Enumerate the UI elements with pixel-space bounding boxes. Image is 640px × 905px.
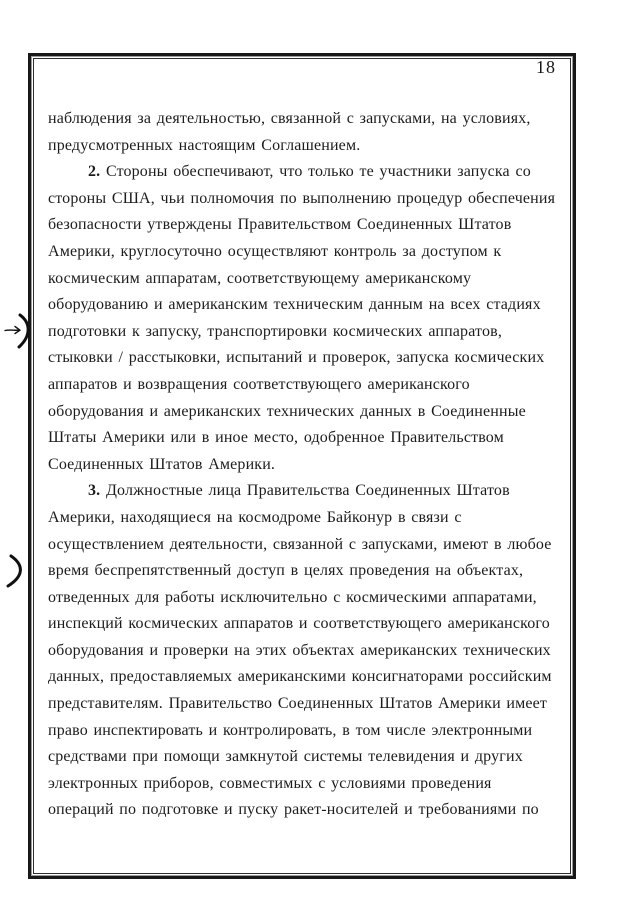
text-line: аппаратов и возвращения соответствующего…	[48, 372, 556, 399]
paragraph-number: 2.	[88, 163, 100, 180]
text-line: наблюдения за деятельностью, связанной с…	[48, 106, 556, 133]
text-line: стороны США, чьи полномочия по выполнени…	[48, 186, 556, 213]
text-line: 3. Должностные лица Правительства Соедин…	[48, 478, 556, 505]
text-line: Америки, находящиеся на космодроме Байко…	[48, 505, 556, 532]
text-line: Соединенных Штатов Америки.	[48, 452, 556, 479]
text-line: время беспрепятственный доступ в целях п…	[48, 558, 556, 585]
text-line: инспекций космических аппаратов и соотве…	[48, 611, 556, 638]
text-line: осуществлением деятельности, связанной с…	[48, 532, 556, 559]
text-line: данных, предоставляемых американскими ко…	[48, 664, 556, 691]
text-line: стыковки / расстыковки, испытаний и пров…	[48, 345, 556, 372]
text-line: отведенных для работы исключительно с ко…	[48, 585, 556, 612]
text-line: предусмотренных настоящим Соглашением.	[48, 133, 556, 160]
text-block: наблюдения за деятельностью, связанной с…	[48, 106, 556, 824]
text-line: право инспектировать и контролировать, в…	[48, 718, 556, 745]
handwritten-paren-mark	[4, 554, 32, 592]
text-line: представителям. Правительство Соединенны…	[48, 691, 556, 718]
text-line: оборудования и американских технических …	[48, 399, 556, 426]
text-line: космическим аппаратам, соответствующему …	[48, 266, 556, 293]
page-number: 18	[536, 57, 556, 78]
text-line: Штаты Америки или в иное место, одобренн…	[48, 425, 556, 452]
text-line: электронных приборов, совместимых с усло…	[48, 771, 556, 798]
text-line: операций по подготовке и пуску ракет-нос…	[48, 797, 556, 824]
handwritten-arrow-paren-mark	[3, 312, 37, 354]
text-line: 2. Стороны обеспечивают, что только те у…	[48, 159, 556, 186]
text-line: оборудования и проверки на этих объектах…	[48, 638, 556, 665]
paragraph-number: 3.	[88, 482, 100, 499]
text-line: безопасности утверждены Правительством С…	[48, 212, 556, 239]
text-line: Америки, круглосуточно осуществляют конт…	[48, 239, 556, 266]
text-line: средствами при помощи замкнутой системы …	[48, 744, 556, 771]
text-line: подготовки к запуску, транспортировки ко…	[48, 319, 556, 346]
text-line: оборудованию и американским техническим …	[48, 292, 556, 319]
